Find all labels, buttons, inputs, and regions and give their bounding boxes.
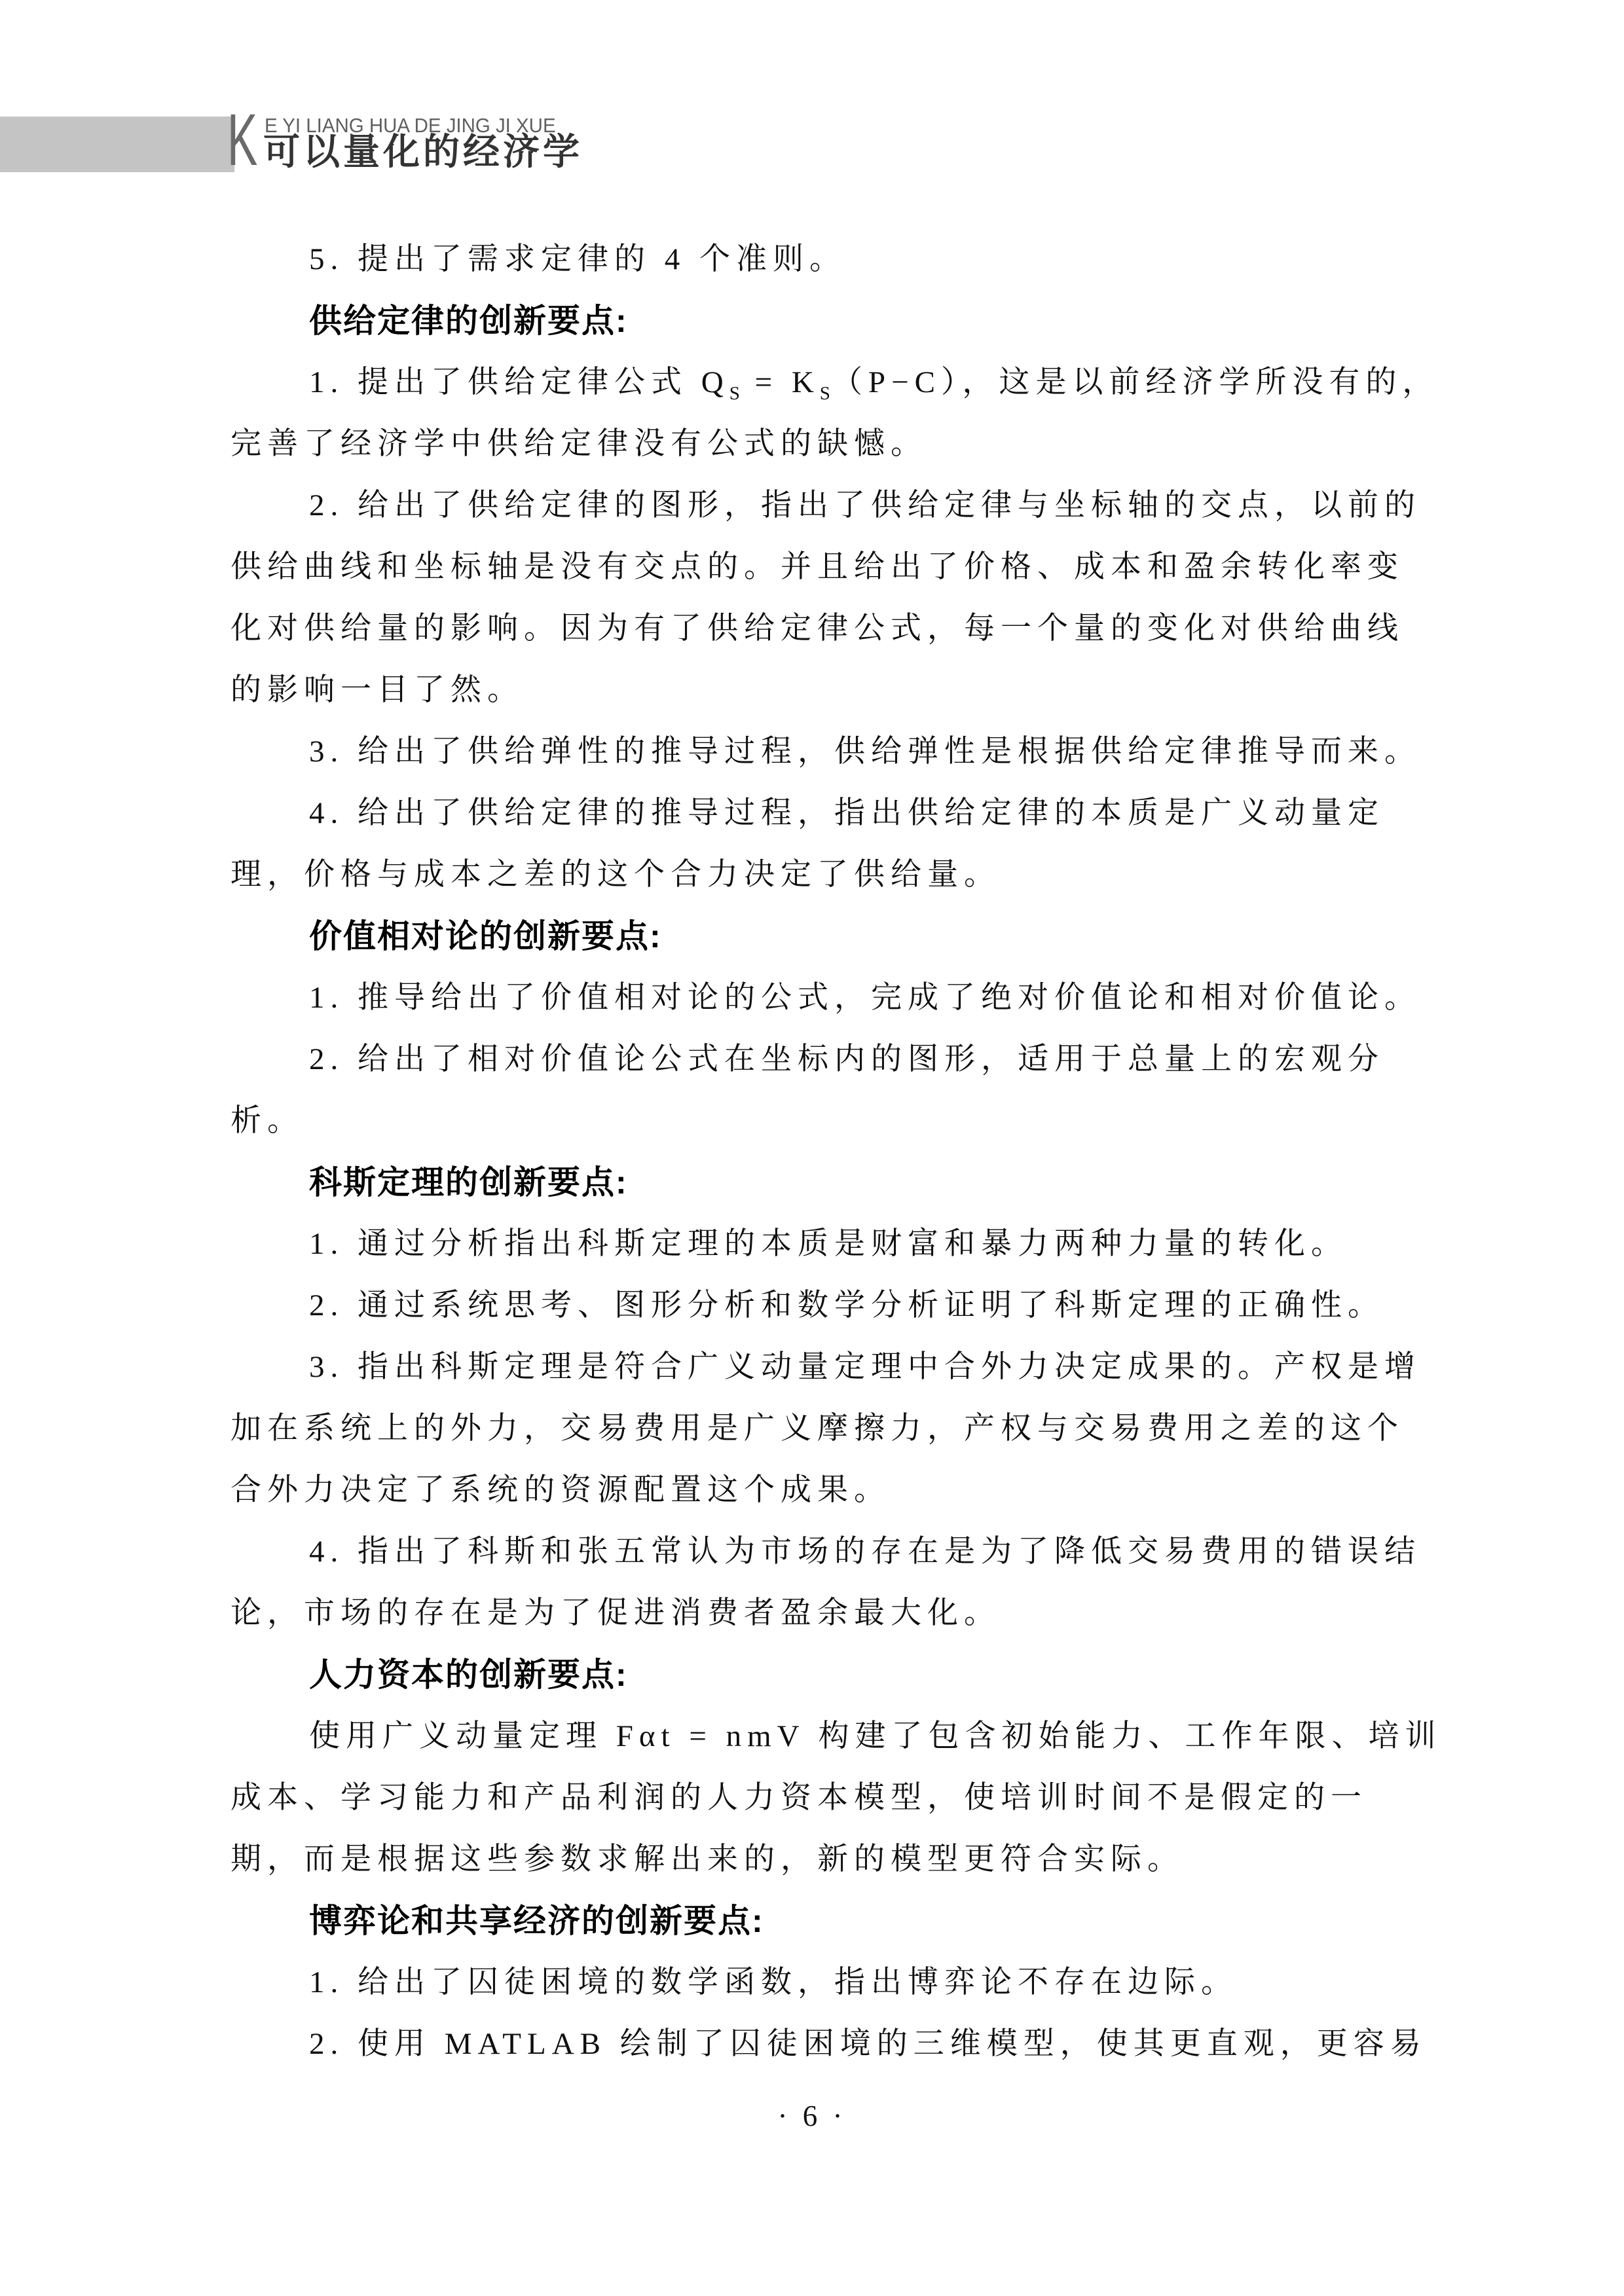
text-line: 供给曲线和坐标轴是没有交点的。并且给出了价格、成本和盈余转化率变 <box>231 536 1409 598</box>
text-line: 2. 通过系统思考、图形分析和数学分析证明了科斯定理的正确性。 <box>231 1275 1409 1336</box>
text-line: 2. 使用 MATLAB 绘制了囚徒困境的三维模型，使其更直观，更容易 <box>231 2013 1409 2075</box>
formula-post: （P−C），这是以前经济学所没有的， <box>832 365 1439 399</box>
text-line: 理，价格与成本之差的这个合力决定了供给量。 <box>231 844 1409 905</box>
book-title-logo: 可以量化的经济学 <box>263 133 583 171</box>
section-heading: 科斯定理的创新要点: <box>231 1152 1409 1213</box>
section-heading: 供给定律的创新要点: <box>231 290 1409 352</box>
section-heading: 价值相对论的创新要点: <box>231 905 1409 967</box>
section-heading: 人力资本的创新要点: <box>231 1644 1409 1705</box>
text-line: 2. 给出了相对价值论公式在坐标内的图形，适用于总量上的宏观分 <box>231 1029 1409 1090</box>
formula-subscript-s: S <box>820 383 832 404</box>
section-heading: 博弈论和共享经济的创新要点: <box>231 1890 1409 1952</box>
page-number: · 6 · <box>0 2099 1624 2133</box>
text-line: 论，市场的存在是为了促进消费者盈余最大化。 <box>231 1582 1409 1644</box>
text-line: 5. 提出了需求定律的 4 个准则。 <box>231 228 1409 290</box>
text-line: 完善了经济学中供给定律没有公式的缺憾。 <box>231 413 1409 475</box>
logo-k-glyph: K <box>227 103 257 177</box>
logo-gray-bar <box>0 117 234 172</box>
text-line: 3. 给出了供给弹性的推导过程，供给弹性是根据供给定律推导而来。 <box>231 721 1409 782</box>
text-line: 的影响一目了然。 <box>231 659 1409 721</box>
text-line-formula: 1. 提出了供给定律公式 QS = KS（P−C），这是以前经济学所没有的， <box>231 352 1409 413</box>
text-line: 1. 通过分析指出科斯定理的本质是财富和暴力两种力量的转化。 <box>231 1213 1409 1275</box>
text-line: 4. 指出了科斯和张五常认为市场的存在是为了降低交易费用的错误结 <box>231 1521 1409 1582</box>
text-line: 4. 给出了供给定律的推导过程，指出供给定律的本质是广义动量定 <box>231 782 1409 844</box>
text-line: 合外力决定了系统的资源配置这个成果。 <box>231 1459 1409 1521</box>
text-line: 加在系统上的外力，交易费用是广义摩擦力，产权与交易费用之差的这个 <box>231 1398 1409 1459</box>
text-line: 2. 给出了供给定律的图形，指出了供给定律与坐标轴的交点，以前的 <box>231 475 1409 536</box>
formula-mid: = K <box>741 365 820 399</box>
text-line: 1. 给出了囚徒困境的数学函数，指出博弈论不存在边际。 <box>231 1952 1409 2013</box>
formula-pre: 1. 提出了供给定律公式 Q <box>309 365 729 399</box>
text-line: 成本、学习能力和产品利润的人力资本模型，使培训时间不是假定的一 <box>231 1767 1409 1829</box>
text-block: 5. 提出了需求定律的 4 个准则。 供给定律的创新要点: 1. 提出了供给定律… <box>231 228 1409 2075</box>
text-line: 1. 推导给出了价值相对论的公式，完成了绝对价值论和相对价值论。 <box>231 967 1409 1029</box>
text-line: 化对供给量的影响。因为有了供给定律公式，每一个量的变化对供给曲线 <box>231 598 1409 659</box>
text-line: 析。 <box>231 1090 1409 1152</box>
text-line: 期，而是根据这些参数求解出来的，新的模型更符合实际。 <box>231 1829 1409 1890</box>
text-line: 使用广义动量定理 Fαt = nmV 构建了包含初始能力、工作年限、培训 <box>231 1705 1409 1767</box>
book-page: K E YI LIANG HUA DE JING JI XUE 可以量化的经济学… <box>0 0 1624 2296</box>
formula-subscript-s: S <box>729 383 741 404</box>
text-line: 3. 指出科斯定理是符合广义动量定理中合外力决定成果的。产权是增 <box>231 1336 1409 1398</box>
